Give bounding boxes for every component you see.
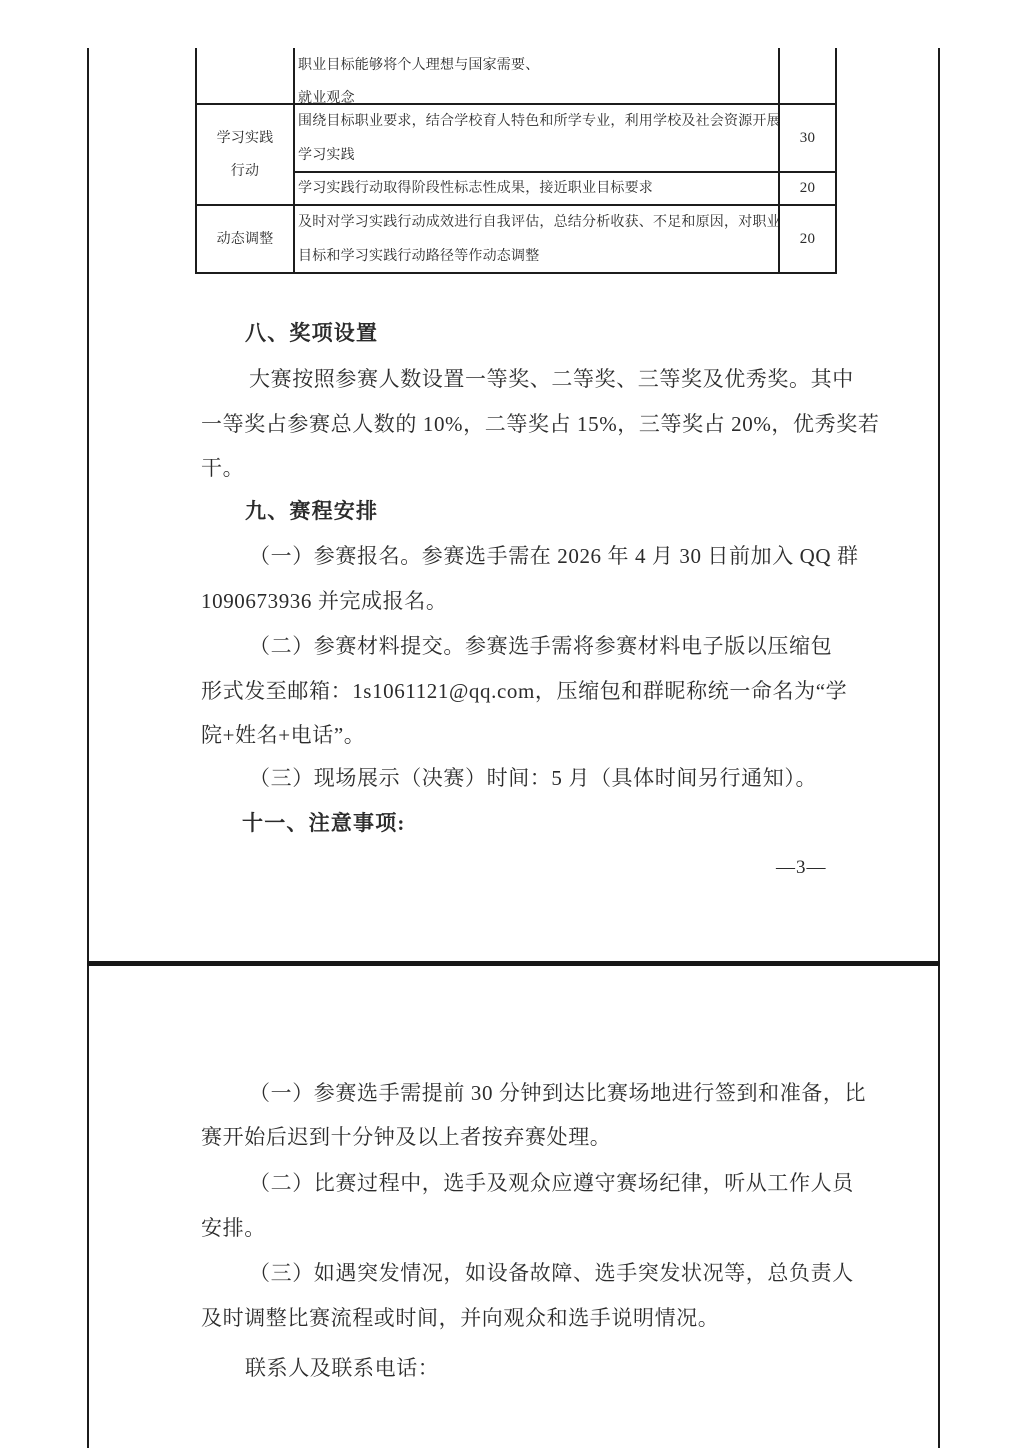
body-line: 大赛按照参赛人数设置一等奖、二等奖、三等奖及优秀奖。其中 bbox=[249, 364, 854, 394]
body-line: 1090673936 并完成报名。 bbox=[201, 586, 447, 616]
body-line: 赛开始后迟到十分钟及以上者按弃赛处理。 bbox=[201, 1122, 611, 1152]
table-cell-row3-score: 20 bbox=[780, 173, 837, 206]
evaluation-table: 职业目标能够将个人理想与国家需要、 就业观念 学习实践 行动 围绕目标职业要求，… bbox=[195, 48, 837, 274]
page-number: —3— bbox=[776, 853, 827, 883]
body-line: （二）参赛材料提交。参赛选手需将参赛材料电子版以压缩包 bbox=[249, 631, 832, 661]
table-cell-group2-label: 动态调整 bbox=[197, 206, 295, 274]
body-line: （一）参赛报名。参赛选手需在 2026 年 4 月 30 日前加入 QQ 群 bbox=[249, 541, 859, 571]
table-cell-row2-desc: 围绕目标职业要求，结合学校育人特色和所学专业，利用学校及社会资源开展 学习实践 bbox=[295, 105, 780, 173]
table-cell-carryover-desc: 职业目标能够将个人理想与国家需要、 就业观念 bbox=[295, 48, 780, 105]
page-frame-left-border bbox=[87, 48, 89, 1448]
body-line: 一等奖占参赛总人数的 10%，二等奖占 15%，三等奖占 20%，优秀奖若 bbox=[201, 409, 879, 439]
body-line: 院+姓名+电话”。 bbox=[201, 720, 365, 750]
page-break-divider bbox=[87, 961, 940, 966]
table-text: 学习实践 bbox=[298, 139, 778, 173]
section-heading-schedule: 九、赛程安排 bbox=[245, 496, 378, 526]
table-text: 学习实践行动取得阶段性标志性成果，接近职业目标要求 bbox=[298, 173, 653, 206]
page-frame-right-border bbox=[938, 48, 940, 1448]
body-line: 干。 bbox=[201, 453, 244, 483]
document-canvas: 职业目标能够将个人理想与国家需要、 就业观念 学习实践 行动 围绕目标职业要求，… bbox=[0, 0, 1024, 1448]
table-cell-label-empty bbox=[197, 48, 295, 105]
body-line: （二）比赛过程中，选手及观众应遵守赛场纪律，听从工作人员 bbox=[249, 1168, 854, 1198]
table-text: 就业观念 bbox=[298, 82, 778, 105]
section-heading-notes: 十一、注意事项: bbox=[242, 808, 406, 838]
body-line: 形式发至邮箱：1s1061121@qq.com，压缩包和群昵称统一命名为“学 bbox=[201, 676, 847, 706]
table-text: 行动 bbox=[231, 155, 259, 188]
body-line: （一）参赛选手需提前 30 分钟到达比赛场地进行签到和准备，比 bbox=[249, 1078, 866, 1108]
table-cell-row3-desc: 学习实践行动取得阶段性标志性成果，接近职业目标要求 bbox=[295, 173, 780, 206]
table-text: 学习实践 bbox=[217, 122, 274, 155]
body-line-contact: 联系人及联系电话： bbox=[245, 1353, 439, 1383]
table-cell-row4-desc: 及时对学习实践行动成效进行自我评估，总结分析收获、不足和原因，对职业 目标和学习… bbox=[295, 206, 780, 274]
table-text: 目标和学习实践行动路径等作动态调整 bbox=[298, 240, 778, 274]
body-line: （三）如遇突发情况，如设备故障、选手突发状况等，总负责人 bbox=[249, 1258, 854, 1288]
body-line: 及时调整比赛流程或时间，并向观众和选手说明情况。 bbox=[201, 1303, 719, 1333]
table-cell-row2-score: 30 bbox=[780, 105, 837, 173]
table-text: 职业目标能够将个人理想与国家需要、 bbox=[298, 49, 778, 82]
table-text: 及时对学习实践行动成效进行自我评估，总结分析收获、不足和原因，对职业 bbox=[298, 206, 778, 240]
table-cell-row4-score: 20 bbox=[780, 206, 837, 274]
section-heading-awards: 八、奖项设置 bbox=[245, 318, 378, 348]
table-cell-carryover-score bbox=[780, 48, 837, 105]
body-line: 安排。 bbox=[201, 1213, 266, 1243]
body-line: （三）现场展示（决赛）时间：5 月（具体时间另行通知）。 bbox=[249, 763, 817, 793]
table-cell-group1-label: 学习实践 行动 bbox=[197, 105, 295, 206]
table-text: 围绕目标职业要求，结合学校育人特色和所学专业，利用学校及社会资源开展 bbox=[298, 105, 778, 139]
